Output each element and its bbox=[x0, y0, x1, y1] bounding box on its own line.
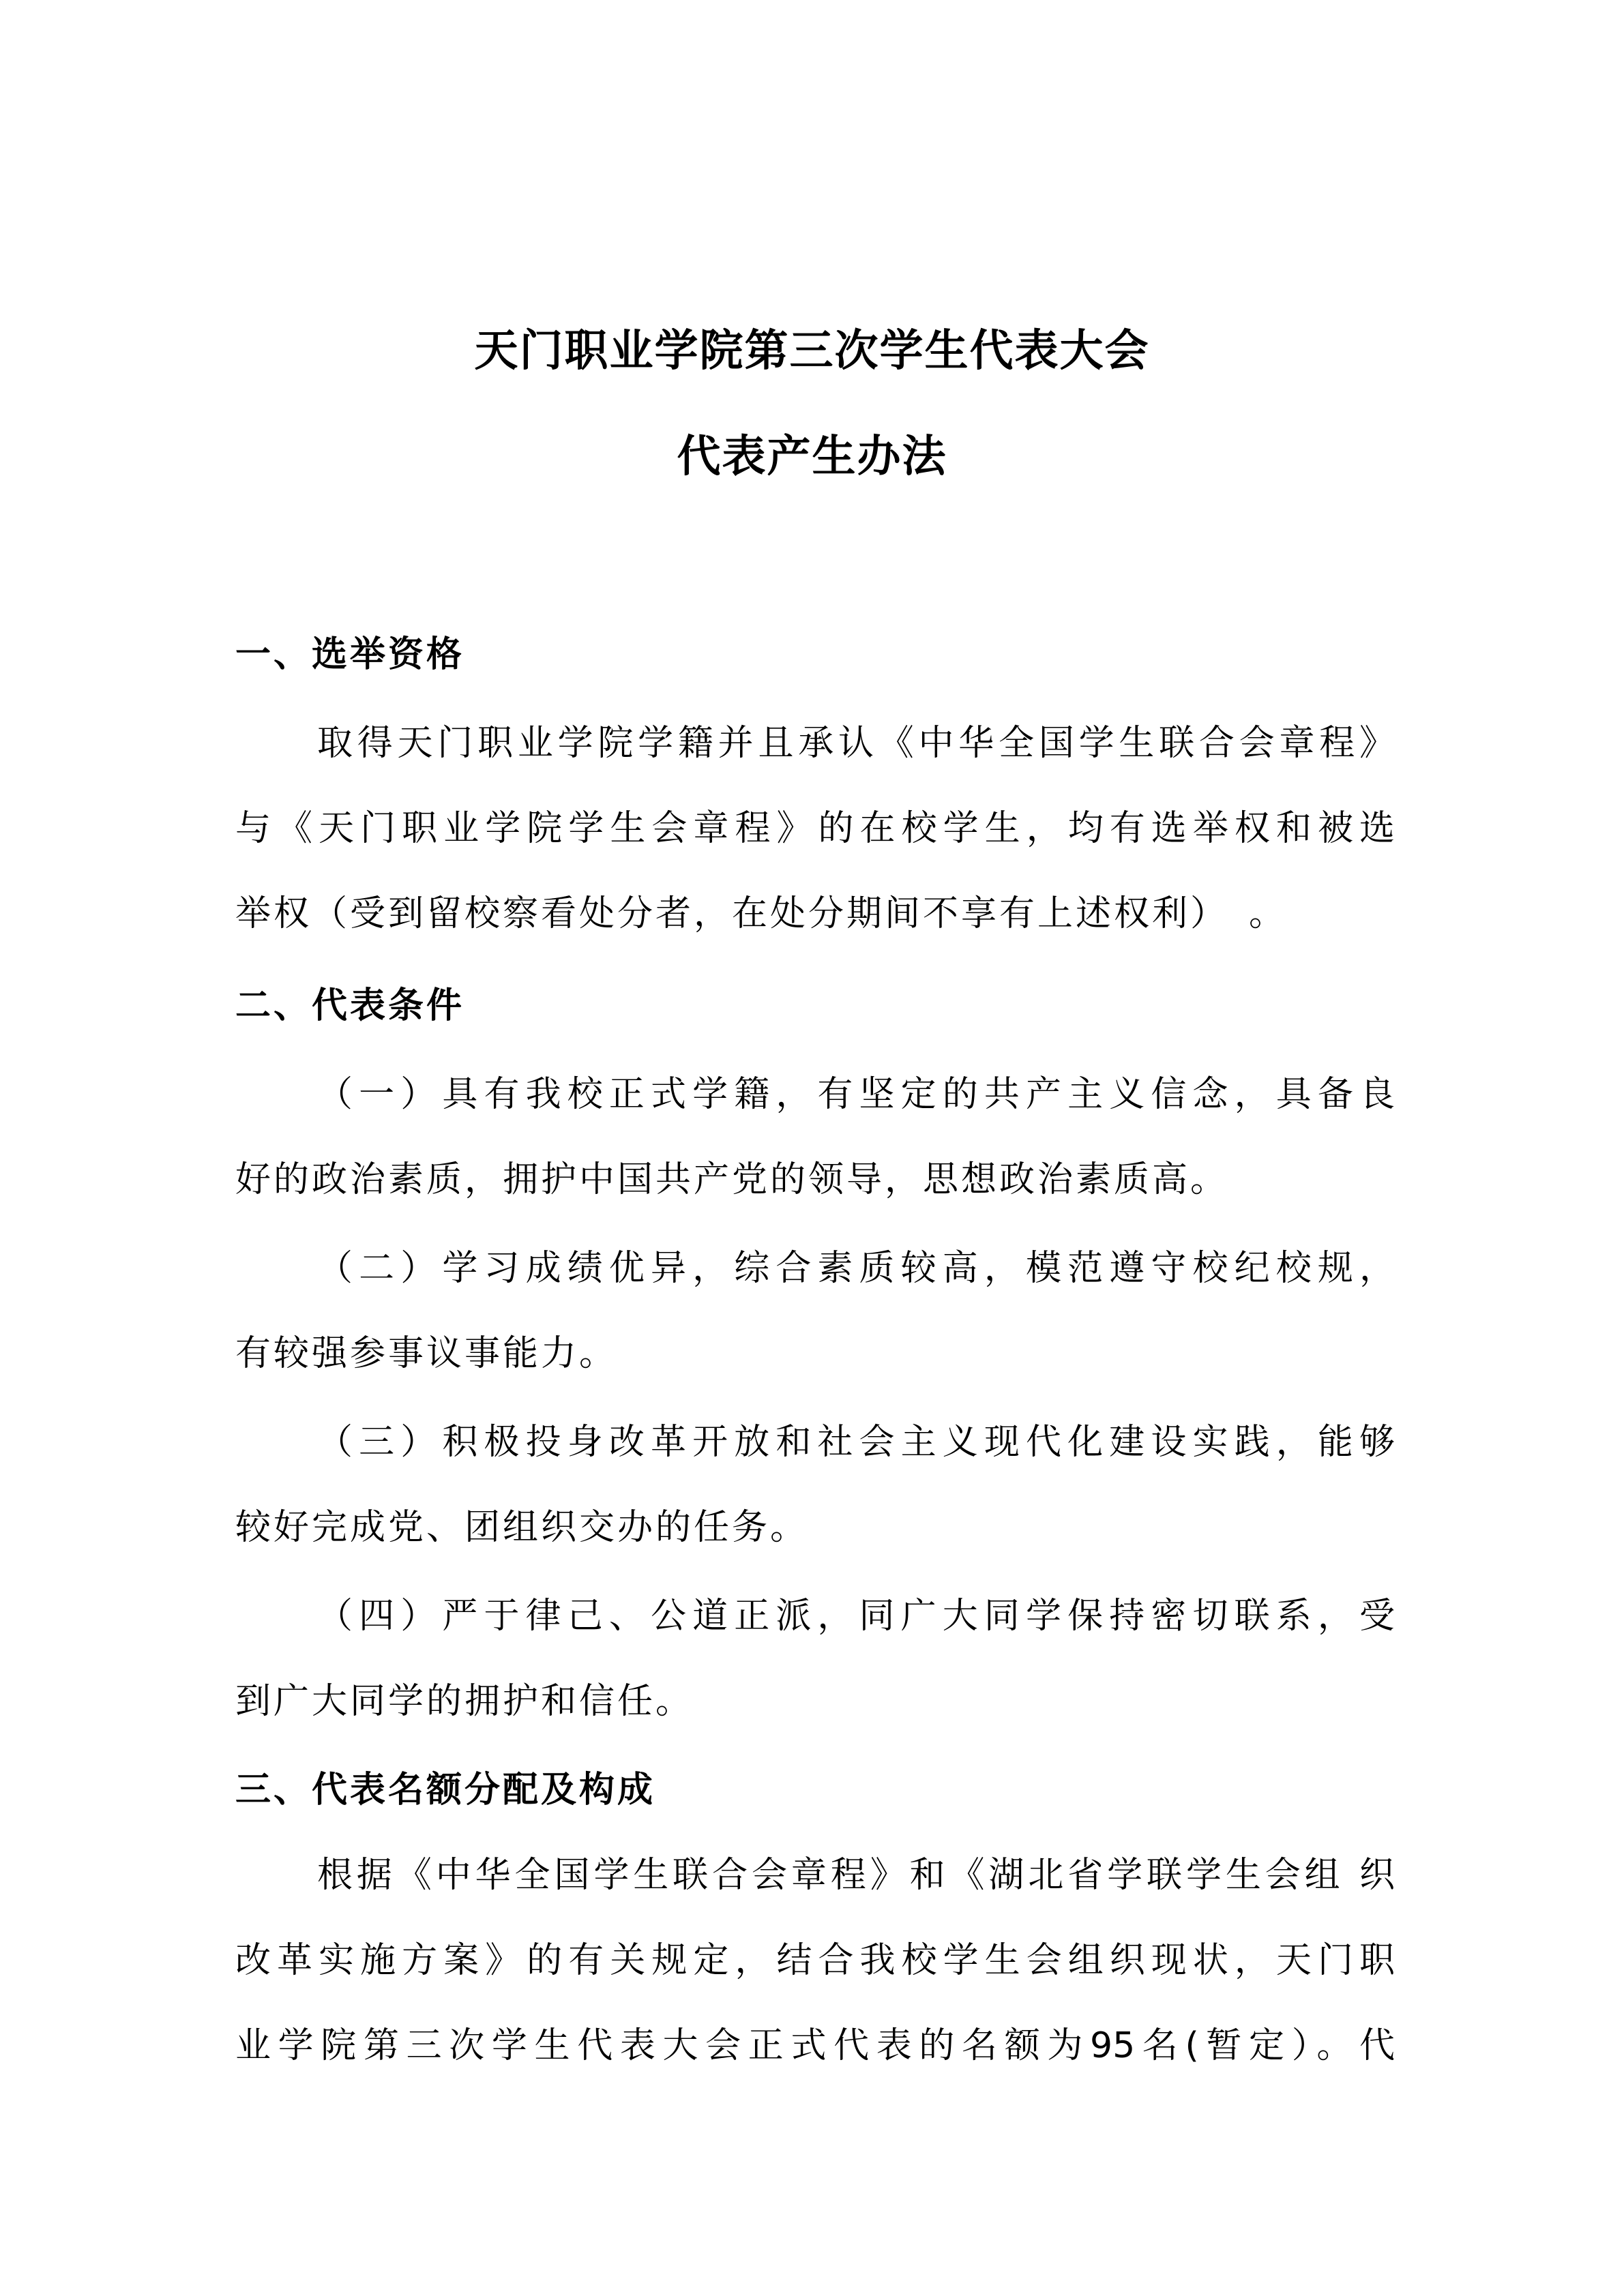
paragraph-line: 与《天门职业学院学生会章程》的在校学生，均有选举权和被选 bbox=[235, 805, 1395, 852]
condition-item-3-line-2: 较好完成党、团组织交办的任务。 bbox=[235, 1504, 1395, 1551]
condition-item-1-line-2: 好的政治素质，拥护中国共产党的领导，思想政治素质高。 bbox=[235, 1156, 1395, 1204]
condition-item-2-line-1: （二）学习成绩优异，综合素质较高，模范遵守校纪校规， bbox=[317, 1244, 1395, 1292]
condition-item-3-line-1: （三）积极投身改革开放和社会主义现代化建设实践，能够 bbox=[317, 1418, 1395, 1466]
paragraph-line: 举权（受到留校察看处分者，在处分期间不享有上述权利） 。 bbox=[235, 890, 1395, 938]
document-title-line-2: 代表产生办法 bbox=[0, 430, 1624, 484]
section-heading-quota: 三、代表名额分配及构成 bbox=[235, 1766, 1395, 1814]
paragraph-line: 根据《中华全国学生联合会章程》和《湖北省学联学生会组 织 bbox=[317, 1851, 1395, 1899]
section-heading-eligibility: 一、选举资格 bbox=[235, 631, 1395, 679]
condition-item-2-line-2: 有较强参事议事能力。 bbox=[235, 1330, 1395, 1377]
paragraph-line: 取得天门职业学院学籍并且承认《中华全国学生联合会章程》 bbox=[317, 719, 1395, 767]
paragraph-line: 业学院第三次学生代表大会正式代表的名额为95名(暂定）。代 bbox=[235, 2022, 1395, 2070]
condition-item-4-line-1: （四）严于律己、公道正派，同广大同学保持密切联系，受 bbox=[317, 1592, 1395, 1640]
document-title-line-1: 天门职业学院第三次学生代表大会 bbox=[0, 324, 1624, 378]
condition-item-4-line-2: 到广大同学的拥护和信任。 bbox=[235, 1678, 1395, 1725]
section-heading-conditions: 二、代表条件 bbox=[235, 982, 1395, 1030]
paragraph-line: 改革实施方案》的有关规定，结合我校学生会组织现状，天门职 bbox=[235, 1937, 1395, 1984]
document-page: 天门职业学院第三次学生代表大会 代表产生办法 一、选举资格 取得天门职业学院学籍… bbox=[0, 0, 1624, 2296]
condition-item-1-line-1: （一）具有我校正式学籍，有坚定的共产主义信念，具备良 bbox=[317, 1071, 1395, 1118]
